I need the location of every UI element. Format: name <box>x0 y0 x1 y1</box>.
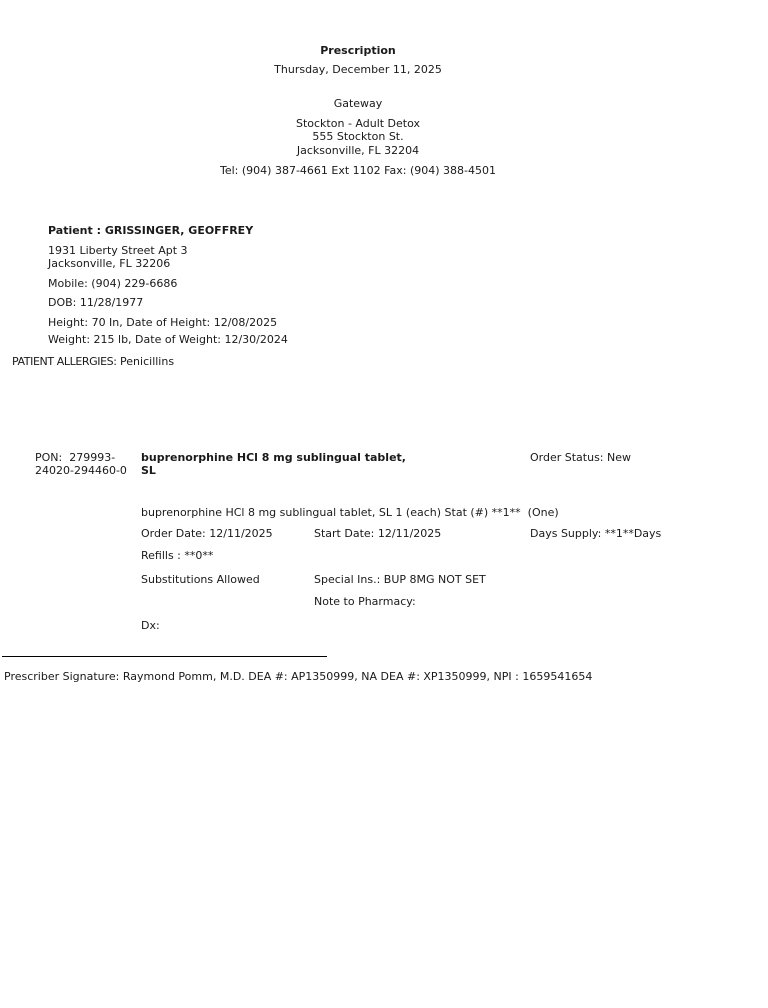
patient-dob: DOB: 11/28/1977 <box>48 296 143 309</box>
special-instructions: Special Ins.: BUP 8MG NOT SET <box>314 573 486 586</box>
facility-contact: Tel: (904) 387-4661 Ext 1102 Fax: (904) … <box>0 164 716 177</box>
drug-name: buprenorphine HCl 8 mg sublingual tablet… <box>141 451 406 477</box>
substitutions: Substitutions Allowed <box>141 573 260 586</box>
sig-directions: buprenorphine HCl 8 mg sublingual tablet… <box>141 506 559 519</box>
facility-name: Stockton - Adult Detox <box>0 117 716 130</box>
pon-number: PON: 279993- 24020-294460-0 <box>35 451 127 477</box>
patient-address-line1: 1931 Liberty Street Apt 3 <box>48 244 188 257</box>
facility-street: 555 Stockton St. <box>0 130 716 143</box>
diagnosis: Dx: <box>141 619 160 632</box>
facility-city: Jacksonville, FL 32204 <box>0 144 716 157</box>
signature-line <box>2 656 327 657</box>
refills: Refills : **0** <box>141 549 213 562</box>
order-status: Order Status: New <box>530 451 631 464</box>
pon-line-1: PON: 279993- <box>35 451 127 464</box>
patient-allergies: PATIENT ALLERGIES: Penicillins <box>12 355 174 368</box>
allergies-value: Penicillins <box>120 355 174 368</box>
start-date: Start Date: 12/11/2025 <box>314 527 441 540</box>
organization-name: Gateway <box>0 97 716 110</box>
patient-name: Patient : GRISSINGER, GEOFFREY <box>48 224 253 237</box>
drug-name-line-1: buprenorphine HCl 8 mg sublingual tablet… <box>141 451 406 464</box>
patient-weight: Weight: 215 lb, Date of Weight: 12/30/20… <box>48 333 288 346</box>
document-date: Thursday, December 11, 2025 <box>0 63 716 76</box>
patient-mobile: Mobile: (904) 229-6686 <box>48 277 177 290</box>
allergies-label: PATIENT ALLERGIES: <box>12 355 117 368</box>
order-date: Order Date: 12/11/2025 <box>141 527 273 540</box>
drug-name-line-2: SL <box>141 464 406 477</box>
prescriber-signature: Prescriber Signature: Raymond Pomm, M.D.… <box>4 670 592 683</box>
days-supply: Days Supply: **1**Days <box>530 527 661 540</box>
note-to-pharmacy: Note to Pharmacy: <box>314 595 416 608</box>
patient-address-line2: Jacksonville, FL 32206 <box>48 257 170 270</box>
document-title: Prescription <box>0 44 716 57</box>
pon-line-2: 24020-294460-0 <box>35 464 127 477</box>
patient-height: Height: 70 In, Date of Height: 12/08/202… <box>48 316 277 329</box>
